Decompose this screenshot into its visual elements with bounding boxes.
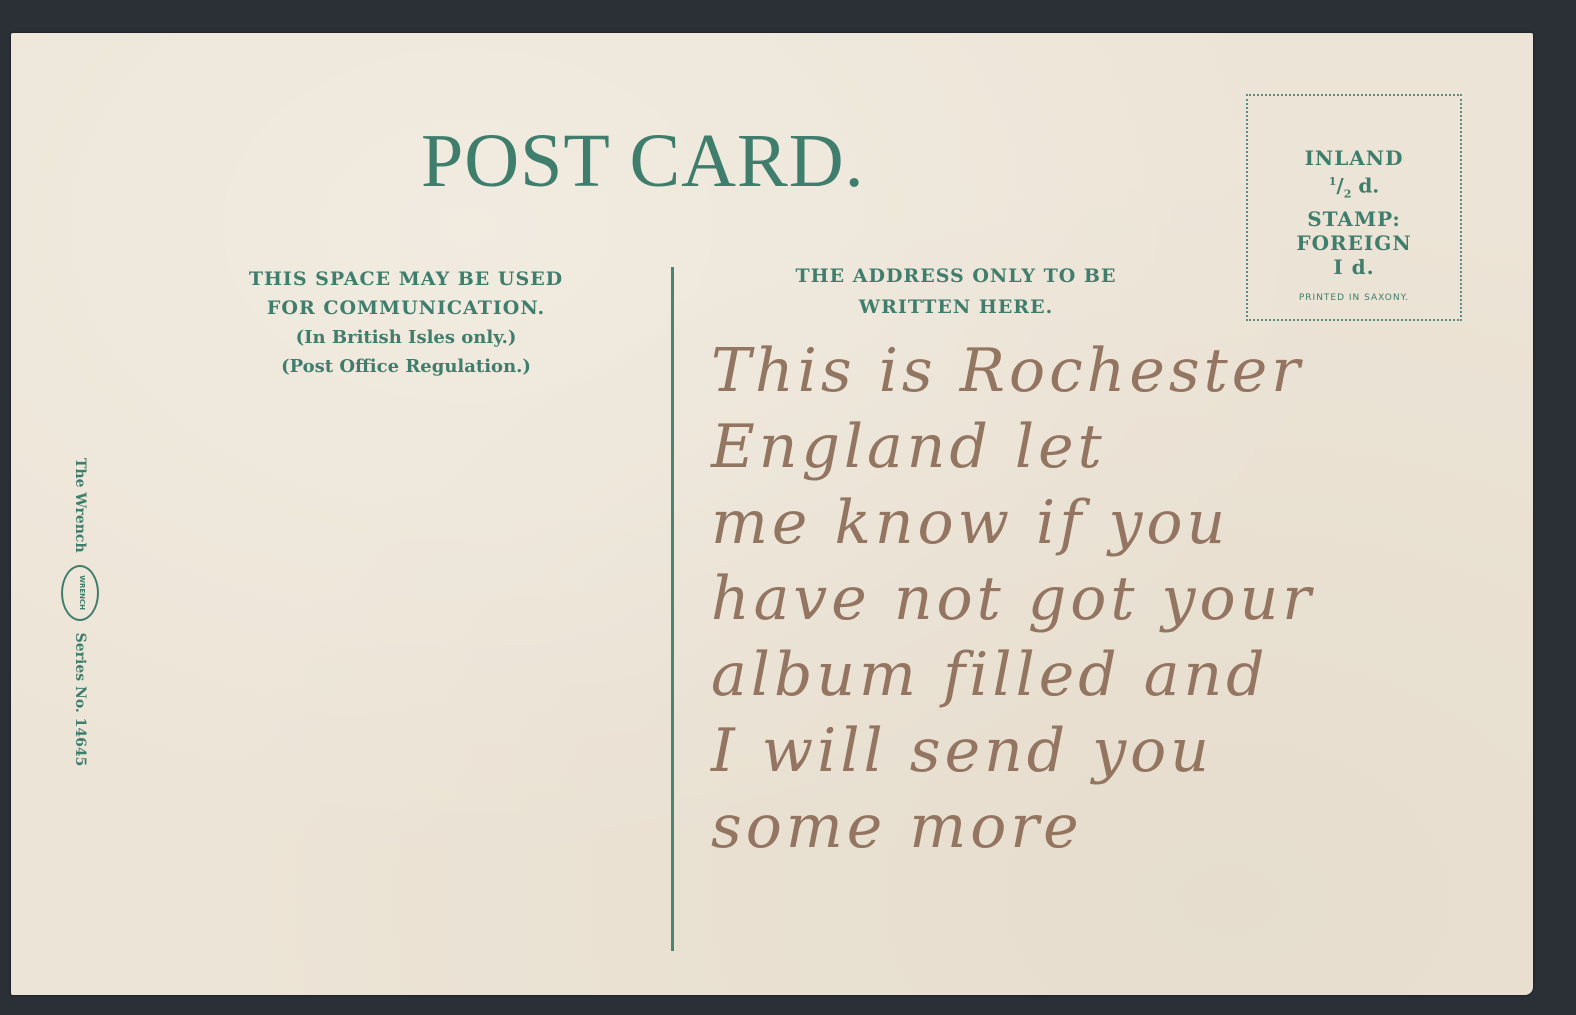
comm-line-3: (In British Isles only.) — [201, 323, 611, 352]
handwriting-line: have not got your — [711, 561, 1531, 637]
publisher-name: The Wrench — [72, 458, 88, 553]
comm-line-1: THIS SPACE MAY BE USED — [201, 265, 611, 294]
stamp-inland: INLAND — [1248, 146, 1460, 170]
fraction-denominator: 2 — [1344, 188, 1352, 201]
address-instructions: THE ADDRESS ONLY TO BE WRITTEN HERE. — [746, 261, 1166, 323]
postcard-back: POST CARD. THIS SPACE MAY BE USED FOR CO… — [11, 33, 1533, 995]
publisher-imprint: The Wrench WRENCH Series No. 14645 — [69, 458, 109, 888]
stamp-one-penny: I d. — [1248, 255, 1460, 279]
stamp-half-penny: 1/2 d. — [1248, 170, 1460, 207]
postcard-title: POST CARD. — [421, 118, 865, 205]
handwritten-message: This is Rochester England let me know if… — [711, 333, 1531, 865]
comm-line-4: (Post Office Regulation.) — [201, 352, 611, 381]
wrench-logo-icon: WRENCH — [61, 565, 99, 621]
handwriting-line: me know if you — [711, 485, 1531, 561]
stamp-foreign: FOREIGN — [1248, 231, 1460, 255]
stamp-box: INLAND 1/2 d. STAMP: FOREIGN I d. PRINTE… — [1246, 94, 1462, 321]
stamp-label: STAMP: — [1248, 207, 1460, 231]
fraction-numerator: 1 — [1329, 175, 1337, 188]
handwriting-line: I will send you — [711, 713, 1531, 789]
printed-in-saxony: PRINTED IN SAXONY. — [1248, 293, 1460, 303]
comm-line-2: FOR COMMUNICATION. — [201, 294, 611, 323]
center-divider — [671, 267, 674, 951]
series-number: Series No. 14645 — [72, 633, 88, 767]
handwriting-line: album filled and — [711, 637, 1531, 713]
handwriting-line: some more — [711, 789, 1531, 865]
handwriting-line: England let — [711, 409, 1531, 485]
addr-line-1: THE ADDRESS ONLY TO BE — [746, 261, 1166, 292]
handwriting-line: This is Rochester — [711, 333, 1531, 409]
addr-line-2: WRITTEN HERE. — [746, 292, 1166, 323]
fraction-unit: d. — [1358, 174, 1379, 198]
communication-instructions: THIS SPACE MAY BE USED FOR COMMUNICATION… — [201, 265, 611, 381]
